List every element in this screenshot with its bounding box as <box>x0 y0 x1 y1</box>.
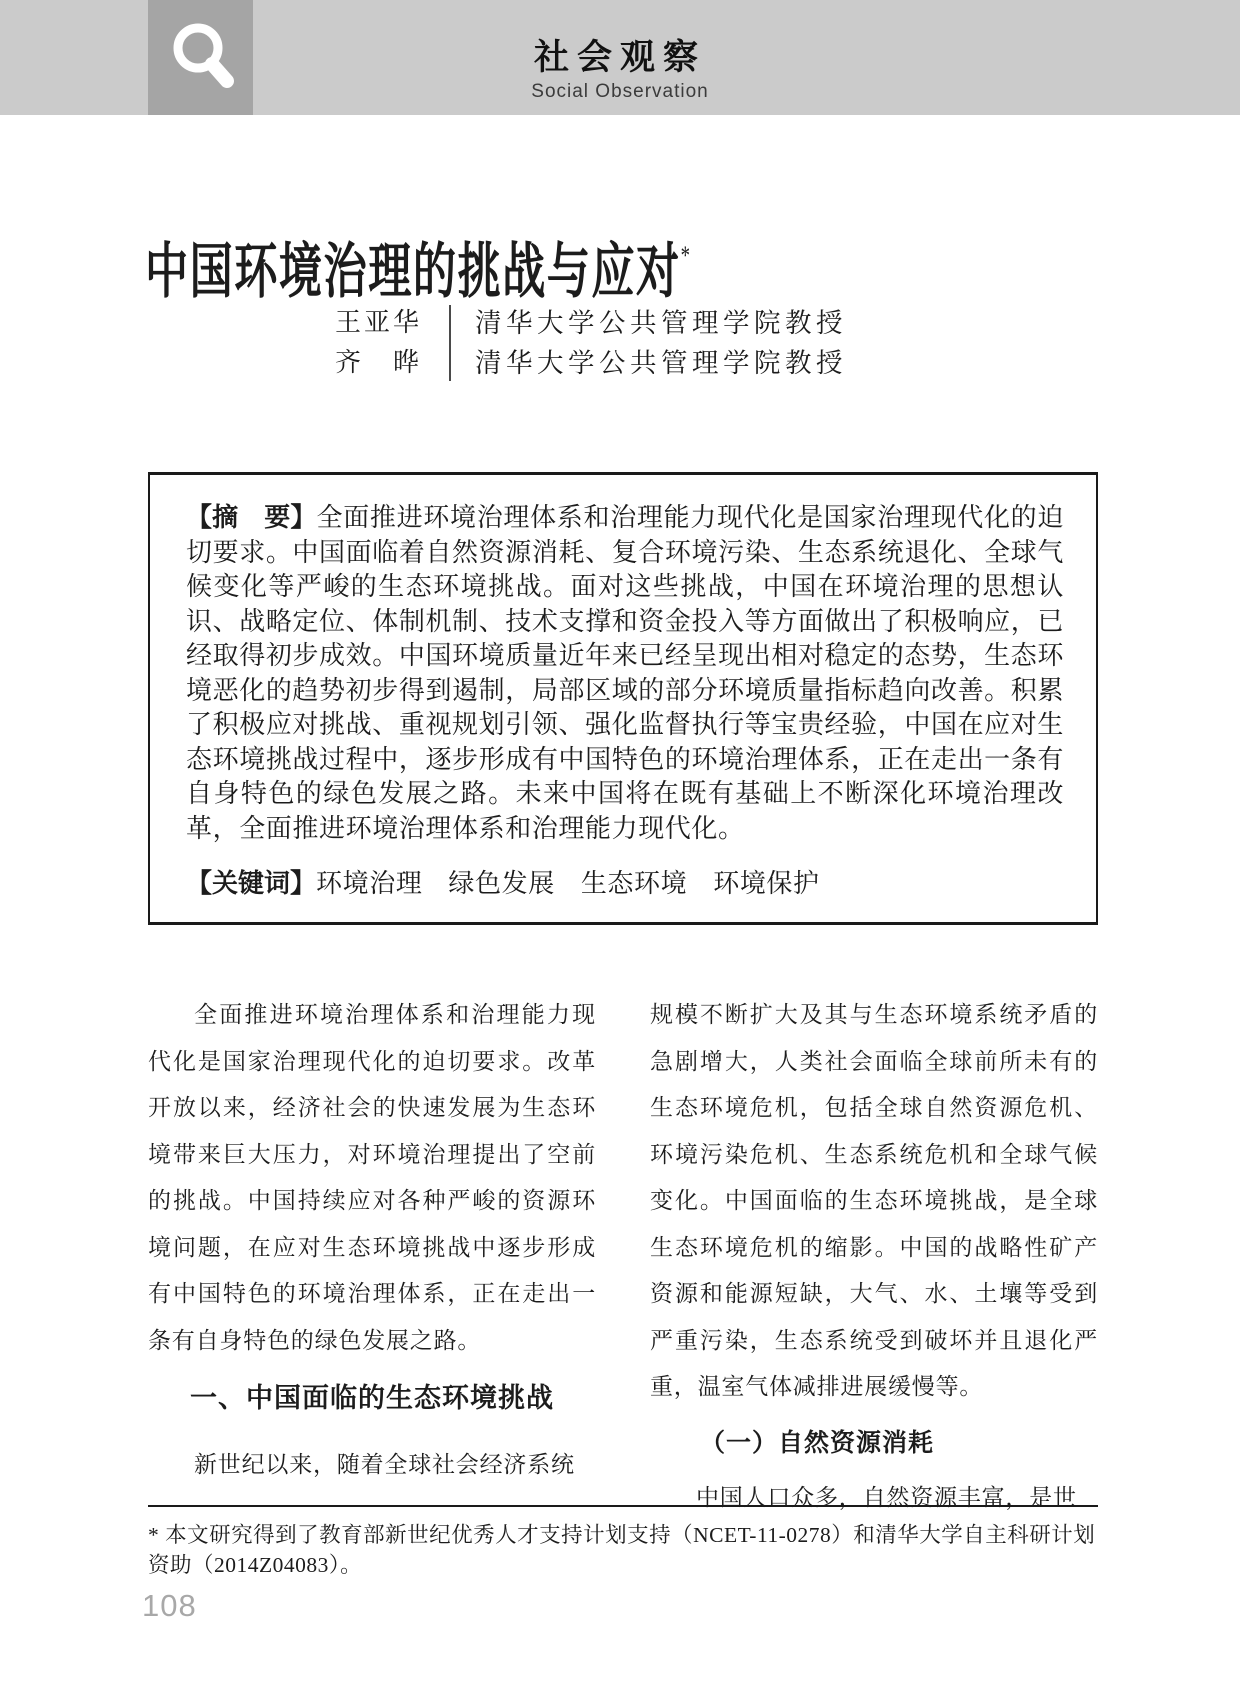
page-number: 108 <box>142 1588 197 1624</box>
author-affiliation: 清华大学公共管理学院教授 <box>475 343 847 383</box>
abstract-paragraph: 【摘 要】全面推进环境治理体系和治理能力现代化是国家治理现代化的迫切要求。中国面… <box>186 500 1064 846</box>
section-heading: 一、中国面临的生态环境挑战 <box>148 1378 596 1418</box>
author-block: 王亚华 齐 晔 清华大学公共管理学院教授 清华大学公共管理学院教授 <box>335 303 847 383</box>
right-column: 规模不断扩大及其与生态环境系统矛盾的急剧增大，人类社会面临全球前所未有的生态环境… <box>650 992 1098 1521</box>
journal-page: 社会观察 Social Observation 中国环境治理的挑战与应对* 王亚… <box>0 0 1240 1683</box>
keyword: 绿色发展 <box>448 869 554 898</box>
abstract-box: 【摘 要】全面推进环境治理体系和治理能力现代化是国家治理现代化的迫切要求。中国面… <box>148 472 1098 925</box>
body-paragraph: 规模不断扩大及其与生态环境系统矛盾的急剧增大，人类社会面临全球前所未有的生态环境… <box>650 992 1098 1411</box>
keywords-line: 【关键词】环境治理绿色发展生态环境环境保护 <box>186 866 1064 901</box>
author-affiliations: 清华大学公共管理学院教授 清华大学公共管理学院教授 <box>475 303 847 383</box>
author-name: 王亚华 <box>335 303 431 343</box>
author-names: 王亚华 齐 晔 <box>335 303 431 383</box>
keyword: 环境保护 <box>713 869 819 898</box>
keyword: 环境治理 <box>316 869 422 898</box>
author-name: 齐 晔 <box>335 343 431 383</box>
journal-title-cn: 社会观察 <box>0 30 1240 80</box>
author-separator-line <box>449 305 451 381</box>
footnote-divider <box>148 1505 1098 1507</box>
title-footnote-marker: * <box>681 241 690 270</box>
author-affiliation: 清华大学公共管理学院教授 <box>475 303 847 343</box>
left-column: 全面推进环境治理体系和治理能力现代化是国家治理现代化的迫切要求。改革开放以来，经… <box>148 992 596 1521</box>
header-band: 社会观察 Social Observation <box>0 0 1240 115</box>
article-title: 中国环境治理的挑战与应对* <box>145 218 690 310</box>
abstract-label: 【摘 要】 <box>186 502 317 532</box>
article-title-text: 中国环境治理的挑战与应对 <box>145 239 681 305</box>
subsection-heading: （一）自然资源消耗 <box>650 1423 1098 1463</box>
body-paragraph: 全面推进环境治理体系和治理能力现代化是国家治理现代化的迫切要求。改革开放以来，经… <box>148 992 596 1364</box>
abstract-text: 全面推进环境治理体系和治理能力现代化是国家治理现代化的迫切要求。中国面临着自然资… <box>186 503 1064 843</box>
article-body: 全面推进环境治理体系和治理能力现代化是国家治理现代化的迫切要求。改革开放以来，经… <box>148 992 1098 1521</box>
body-paragraph: 新世纪以来，随着全球社会经济系统 <box>148 1442 596 1489</box>
keyword: 生态环境 <box>581 869 687 898</box>
journal-title-en: Social Observation <box>0 81 1240 103</box>
footnote-text: * 本文研究得到了教育部新世纪优秀人才支持计划支持（NCET-11-0278）和… <box>148 1520 1108 1580</box>
keywords-label: 【关键词】 <box>186 868 316 898</box>
body-paragraph: 中国人口众多，自然资源丰富，是世 <box>650 1475 1098 1522</box>
